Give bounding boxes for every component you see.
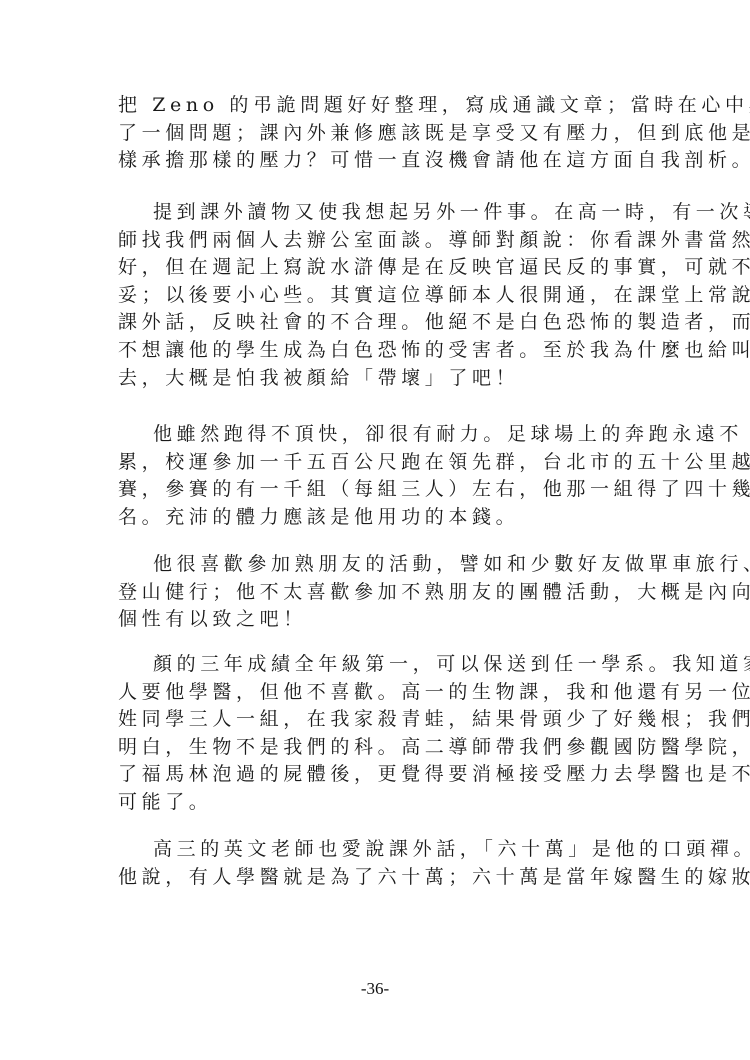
- paragraph-5: 顏的三年成績全年級第一，可以保送到任一學系。我知道家 人要他學醫，但他不喜歡。高…: [118, 651, 628, 817]
- paragraph-line: 去，大概是怕我被顏給「帶壞」了吧！: [118, 365, 628, 393]
- paragraph-line: 可能了。: [118, 789, 628, 817]
- paragraph-line: 師找我們兩個人去辦公室面談。導師對顏說：你看課外書當然很: [118, 227, 628, 255]
- paragraph-line: 賽，參賽的有一千組（每組三人）左右，他那一組得了四十幾: [118, 476, 628, 504]
- paragraph-line: 好，但在週記上寫說水滸傳是在反映官逼民反的事實，可就不太: [118, 254, 628, 282]
- paragraph-4: 他很喜歡參加熟朋友的活動，譬如和少數好友做單車旅行、 登山健行；他不太喜歡參加不…: [118, 551, 628, 634]
- paragraph-line: 名。充沛的體力應該是他用功的本錢。: [118, 504, 628, 532]
- paragraph-line: 他說，有人學醫就是為了六十萬；六十萬是當年嫁醫生的嫁妝: [118, 864, 628, 892]
- paragraph-line: 個性有以致之吧！: [118, 606, 628, 634]
- paragraph-line: 提到課外讀物又使我想起另外一件事。在高一時，有一次導: [118, 199, 628, 227]
- paragraph-6: 高三的英文老師也愛說課外話，「六十萬」是他的口頭禪。 他說，有人學醫就是為了六十…: [118, 836, 628, 891]
- paragraph-line: 了福馬林泡過的屍體後，更覺得要消極接受壓力去學醫也是不太: [118, 761, 628, 789]
- paragraph-line: 不想讓他的學生成為白色恐怖的受害者。至於我為什麼也給叫: [118, 337, 628, 365]
- paragraph-line: 妥；以後要小心些。其實這位導師本人很開通，在課堂上常說些: [118, 282, 628, 310]
- paragraph-line: 人要他學醫，但他不喜歡。高一的生物課，我和他還有另一位黃: [118, 679, 628, 707]
- paragraph-line: 顏的三年成績全年級第一，可以保送到任一學系。我知道家: [118, 651, 628, 679]
- paragraph-line: 高三的英文老師也愛說課外話，「六十萬」是他的口頭禪。: [118, 836, 628, 864]
- paragraph-line: 樣承擔那樣的壓力？可惜一直沒機會請他在這方面自我剖析。: [118, 147, 628, 175]
- paragraph-2: 提到課外讀物又使我想起另外一件事。在高一時，有一次導 師找我們兩個人去辦公室面談…: [118, 199, 628, 392]
- document-page: 把 Zeno 的弔詭問題好好整理，寫成通識文章；當時在心中興起 了一個問題；課內…: [0, 0, 750, 1060]
- paragraph-line: 了一個問題；課內外兼修應該既是享受又有壓力，但到底他是怎: [118, 120, 628, 148]
- paragraph-line: 累，校運參加一千五百公尺跑在領先群，台北市的五十公里越野: [118, 449, 628, 477]
- page-number: -36-: [0, 979, 750, 999]
- paragraph-3: 他雖然跑得不頂快，卻很有耐力。足球場上的奔跑永遠不 累，校運參加一千五百公尺跑在…: [118, 421, 628, 531]
- paragraph-line: 把 Zeno 的弔詭問題好好整理，寫成通識文章；當時在心中興起: [118, 92, 628, 120]
- paragraph-line: 明白，生物不是我們的科。高二導師帶我們參觀國防醫學院，看: [118, 734, 628, 762]
- paragraph-line: 他很喜歡參加熟朋友的活動，譬如和少數好友做單車旅行、: [118, 551, 628, 579]
- paragraph-line: 登山健行；他不太喜歡參加不熟朋友的團體活動，大概是內向的: [118, 579, 628, 607]
- paragraph-1: 把 Zeno 的弔詭問題好好整理，寫成通識文章；當時在心中興起 了一個問題；課內…: [118, 92, 628, 175]
- paragraph-line: 姓同學三人一組，在我家殺青蛙，結果骨頭少了好幾根；我們都: [118, 706, 628, 734]
- paragraph-line: 課外話，反映社會的不合理。他絕不是白色恐怖的製造者，而是: [118, 309, 628, 337]
- paragraph-line: 他雖然跑得不頂快，卻很有耐力。足球場上的奔跑永遠不: [118, 421, 628, 449]
